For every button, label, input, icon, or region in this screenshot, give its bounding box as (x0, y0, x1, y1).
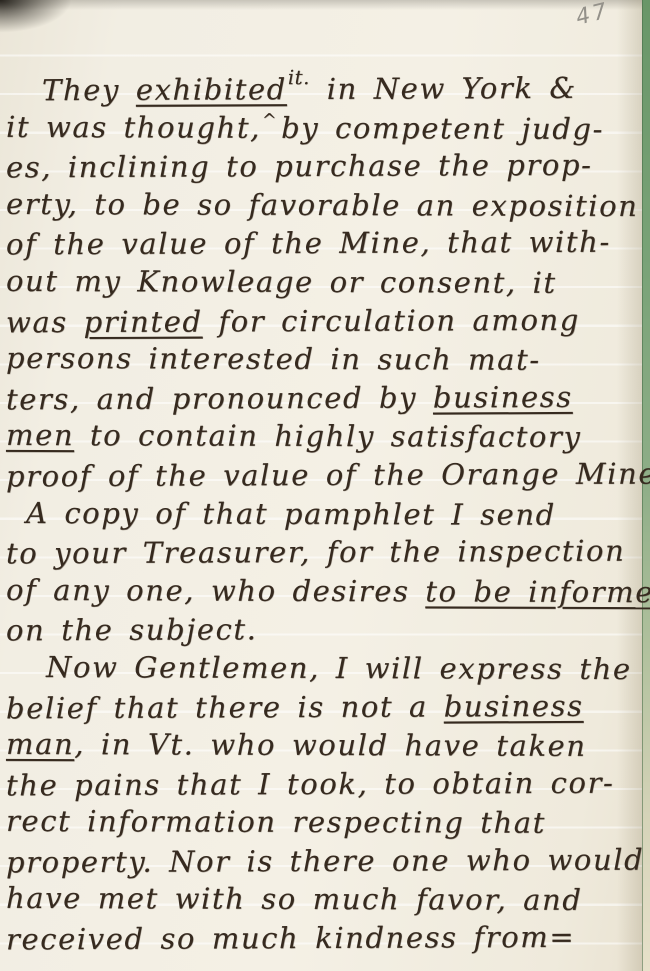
text-line-20: rect information respecting that (6, 802, 638, 843)
underlined-word: exhibited (136, 72, 287, 107)
text-line-14: of any one, who desires to be informed (6, 571, 638, 612)
text-line-11: proof of the value of the Orange Mine. (6, 455, 638, 496)
text-line-18: man, in Vt. who would have taken (6, 725, 638, 766)
handwritten-text: in New York & (311, 71, 577, 106)
handwritten-text: by competent judg- (281, 110, 604, 145)
handwritten-text: , in Vt. who would have taken (74, 727, 586, 763)
text-line-21: property. Nor is there one who would (6, 840, 638, 881)
handwritten-text: was (6, 305, 84, 339)
handwritten-text: proof of the value of the Orange Mine. (6, 456, 650, 493)
text-line-15: on the subject. (6, 609, 638, 650)
handwritten-text: to your Treasurer, for the inspection (6, 534, 625, 571)
handwritten-text: it was thought, (6, 109, 261, 144)
text-line-12: A copy of that pamphlet I send (6, 493, 638, 534)
handwritten-text: erty, to be so favorable an exposition (6, 187, 639, 223)
handwritten-text: the pains that I took, to obtain cor- (6, 765, 615, 802)
text-line-22: have met with so much favor, and (6, 879, 638, 920)
text-line-3: es, inclining to purchase the prop- (6, 146, 638, 187)
handwritten-text: es, inclining to purchase the prop- (6, 148, 593, 185)
top-left-corner-shadow (0, 0, 110, 60)
handwritten-text: persons interested in such mat- (6, 341, 541, 377)
underlined-word: man (6, 727, 74, 761)
text-line-19: the pains that I took, to obtain cor- (6, 763, 638, 804)
text-line-2: it was thought,^by competent judg- (6, 107, 638, 148)
insertion-caret: ^ (262, 110, 278, 130)
text-line-16: Now Gentlemen, I will express the (6, 648, 638, 689)
text-line-10: men to contain highly satisfactory (6, 416, 638, 457)
underlined-word: men (6, 418, 74, 452)
handwritten-text: Now Gentlemen, I will express the (46, 650, 632, 686)
handwritten-text: A copy of that pamphlet I send (26, 495, 556, 531)
text-line-4: erty, to be so favorable an exposition (6, 185, 638, 226)
text-line-5: of the value of the Mine, that with- (6, 223, 638, 264)
inserted-word: it. (288, 66, 310, 89)
handwritten-text: belief that there is not a (6, 689, 444, 725)
handwritten-text: for circulation among (203, 302, 580, 338)
page-number: 47 (574, 0, 612, 30)
underlined-word: business (444, 688, 584, 723)
text-line-1: They exhibitedit. in New York & (6, 69, 638, 110)
handwritten-text: ters, and pronounced by (6, 380, 433, 416)
handwritten-text: on the subject. (6, 613, 258, 648)
manuscript-text: They exhibitedit. in New York &it was th… (6, 70, 638, 958)
handwritten-text: rect information respecting that (6, 804, 546, 840)
text-line-6: out my Knowleage or consent, it (6, 262, 638, 303)
text-line-17: belief that there is not a business (6, 686, 638, 727)
handwritten-text: have met with so much favor, and (6, 881, 583, 917)
text-line-13: to your Treasurer, for the inspection (6, 532, 638, 573)
underlined-word: business (433, 380, 573, 415)
text-line-8: persons interested in such mat- (6, 339, 638, 380)
handwritten-text: property. Nor is there one who would (6, 842, 644, 879)
handwritten-text: received so much kindness from= (6, 920, 575, 956)
text-line-9: ters, and pronounced by business (6, 377, 638, 418)
handwritten-text: out my Knowleage or consent, it (6, 264, 557, 300)
text-line-7: was printed for circulation among (6, 300, 638, 341)
handwritten-text: to contain highly satisfactory (74, 418, 581, 454)
handwritten-text: of any one, who desires (6, 573, 425, 608)
handwritten-text: of the value of the Mine, that with- (6, 225, 611, 262)
text-line-23: received so much kindness from= (6, 918, 638, 959)
manuscript-page: 47 They exhibitedit. in New York &it was… (0, 0, 650, 971)
underlined-word: to be informed (425, 574, 650, 609)
underlined-word: printed (84, 304, 203, 339)
handwritten-text: They (42, 73, 136, 107)
